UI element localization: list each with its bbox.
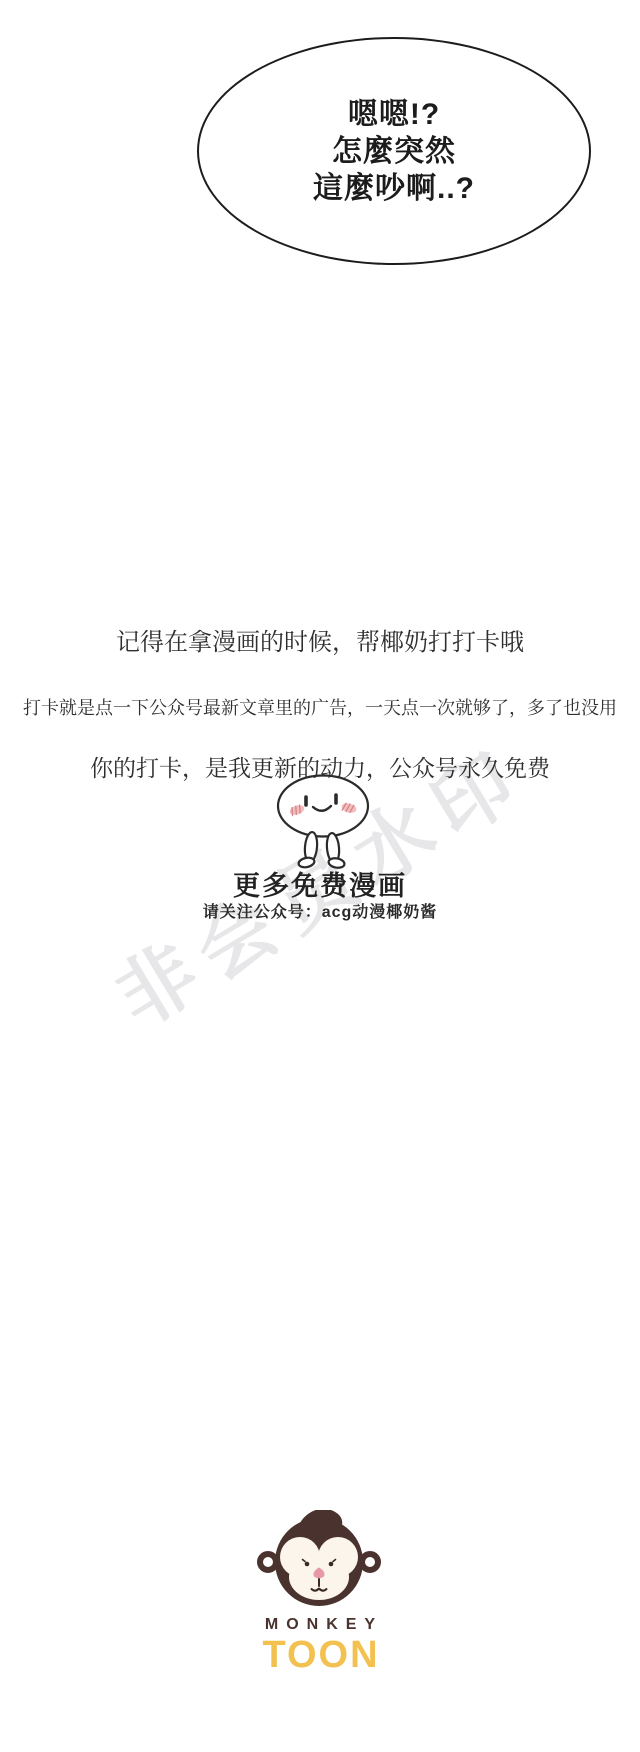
bubble-line-3: 這麼吵啊..? — [313, 170, 475, 207]
monkey-head-logo-icon — [254, 1510, 384, 1608]
promo-line-1: 记得在拿漫画的时候，帮椰奶打打卡哦 — [0, 622, 640, 657]
logo-text-toon: TOON — [0, 1634, 640, 1677]
logo-text-monkey: MONKEY — [0, 1616, 640, 1634]
promo-heading: 更多免费漫画 — [0, 864, 640, 903]
speech-bubble: 嗯嗯!? 怎麼突然 這麼吵啊..? — [197, 37, 591, 265]
comic-page: 嗯嗯!? 怎麼突然 這麼吵啊..? 非会员水印 记得在拿漫画的时候，帮椰奶打打卡… — [0, 0, 640, 1752]
promo-line-3: 你的打卡，是我更新的动力，公众号永久免费 — [0, 750, 640, 783]
promo-subheading: 请关注公众号：acg动漫椰奶酱 — [0, 899, 640, 922]
speech-bubble-text: 嗯嗯!? 怎麼突然 這麼吵啊..? — [313, 96, 475, 207]
promo-line-2: 打卡就是点一下公众号最新文章里的广告，一天点一次就够了，多了也没用 — [0, 694, 640, 720]
bubble-line-2: 怎麼突然 — [313, 133, 475, 170]
bubble-line-1: 嗯嗯!? — [313, 96, 475, 133]
blob-mascot-icon — [272, 774, 374, 872]
